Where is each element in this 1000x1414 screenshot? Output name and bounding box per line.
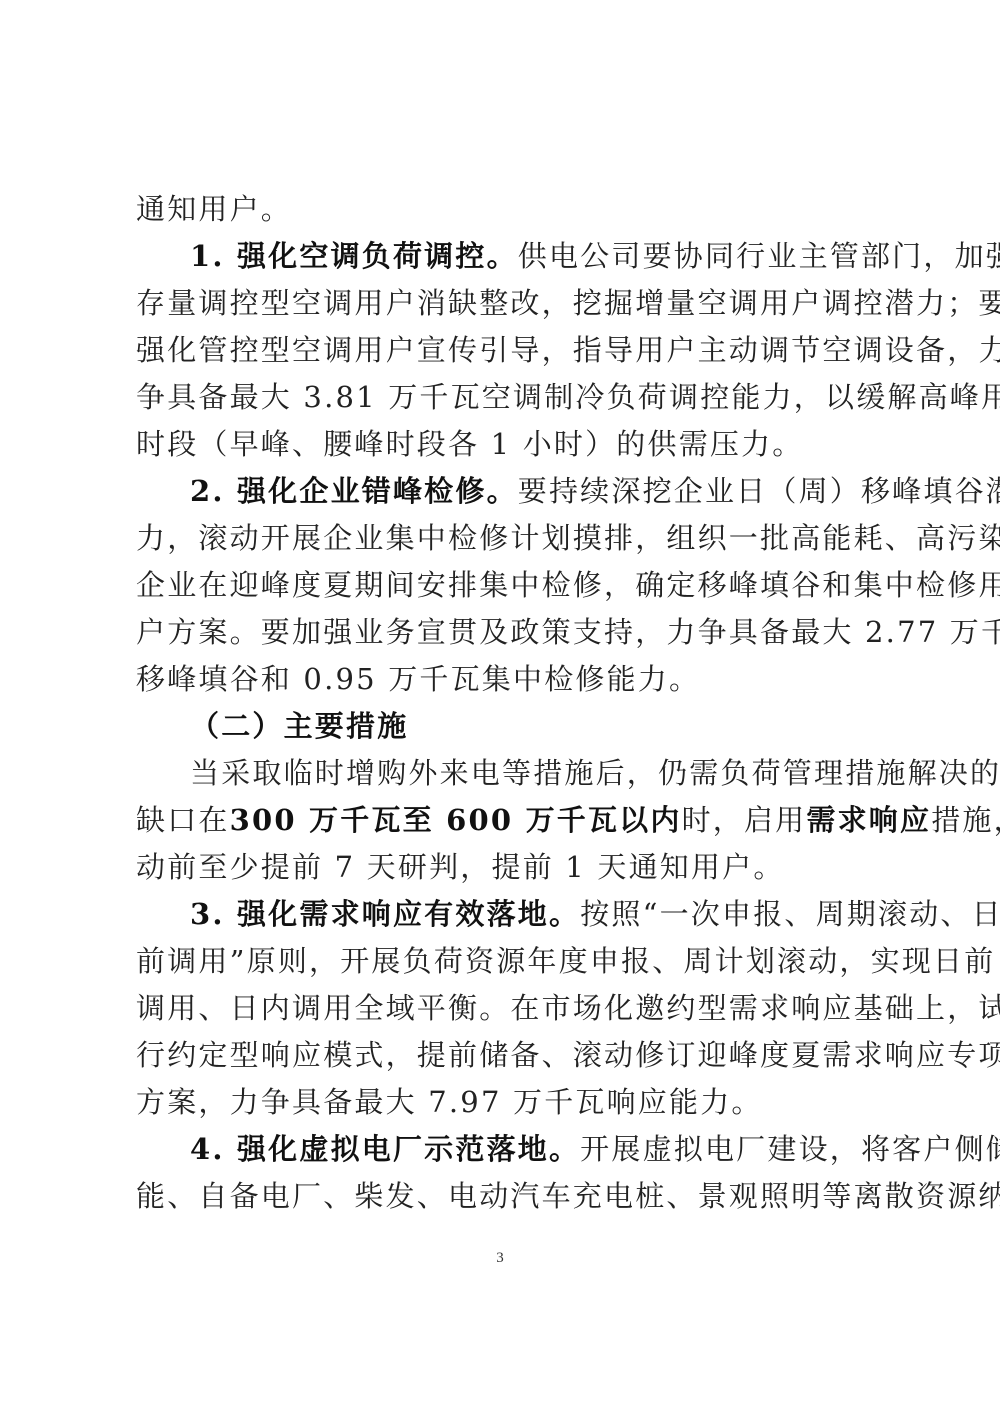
body-text: 移峰填谷和 0.95 万千瓦集中检修能力。 bbox=[136, 662, 700, 696]
text-line: 调用、日内调用全域平衡。在市场化邀约型需求响应基础上，试 bbox=[136, 985, 868, 1032]
body-text: 当采取临时增购外来电等措施后，仍需负荷管理措施解决的 bbox=[190, 756, 1000, 790]
text-line: 争具备最大 3.81 万千瓦空调制冷负荷调控能力，以缓解高峰用电 bbox=[136, 374, 868, 421]
body-text: 争具备最大 3.81 万千瓦空调制冷负荷调控能力，以缓解高峰用电 bbox=[136, 380, 1000, 414]
text-line: 行约定型响应模式，提前储备、滚动修订迎峰度夏需求响应专项 bbox=[136, 1032, 868, 1079]
text-line: 企业在迎峰度夏期间安排集中检修，确定移峰填谷和集中检修用 bbox=[136, 562, 868, 609]
text-line: 动前至少提前 7 天研判，提前 1 天通知用户。 bbox=[136, 844, 868, 891]
text-line: 强化管控型空调用户宣传引导，指导用户主动调节空调设备，力 bbox=[136, 327, 868, 374]
body-text: 措施，启 bbox=[931, 803, 1000, 837]
document-page: 通知用户。1. 强化空调负荷调控。供电公司要协同行业主管部门，加强存量调控型空调… bbox=[0, 0, 1000, 1414]
body-text: 户方案。要加强业务宣贯及政策支持，力争具备最大 2.77 万千瓦 bbox=[136, 615, 1000, 649]
text-line: 通知用户。 bbox=[136, 186, 868, 233]
text-line: 缺口在300 万千瓦至 600 万千瓦以内时，启用需求响应措施，启 bbox=[136, 797, 868, 844]
text-line: 能、自备电厂、柴发、电动汽车充电桩、景观照明等离散资源纳 bbox=[136, 1173, 868, 1220]
body-text: 强化管控型空调用户宣传引导，指导用户主动调节空调设备，力 bbox=[136, 333, 1000, 367]
bold-text: （二）主要措施 bbox=[190, 709, 408, 743]
body-text: 企业在迎峰度夏期间安排集中检修，确定移峰填谷和集中检修用 bbox=[136, 568, 1000, 602]
bold-text: 需求响应 bbox=[806, 803, 931, 837]
text-line: 前调用”原则，开展负荷资源年度申报、周计划滚动，实现日前 bbox=[136, 938, 868, 985]
body-text: 要持续深挖企业日（周）移峰填谷潜 bbox=[518, 474, 1000, 508]
body-text: 缺口在 bbox=[136, 803, 230, 837]
text-line: 方案，力争具备最大 7.97 万千瓦响应能力。 bbox=[136, 1079, 868, 1126]
body-text: 调用、日内调用全域平衡。在市场化邀约型需求响应基础上，试 bbox=[136, 991, 1000, 1025]
text-line: 户方案。要加强业务宣贯及政策支持，力争具备最大 2.77 万千瓦 bbox=[136, 609, 868, 656]
bold-text: 300 万千瓦至 600 万千瓦以内 bbox=[230, 803, 682, 837]
bold-text: 3. 强化需求响应有效落地。 bbox=[190, 897, 580, 931]
text-line: 1. 强化空调负荷调控。供电公司要协同行业主管部门，加强 bbox=[136, 233, 868, 280]
section-heading: （二）主要措施 bbox=[136, 703, 868, 750]
page-number: 3 bbox=[0, 1250, 1000, 1267]
bold-text: 1. 强化空调负荷调控。 bbox=[190, 239, 518, 273]
text-line: 力，滚动开展企业集中检修计划摸排，组织一批高能耗、高污染 bbox=[136, 515, 868, 562]
body-text: 行约定型响应模式，提前储备、滚动修订迎峰度夏需求响应专项 bbox=[136, 1038, 1000, 1072]
body-text: 通知用户。 bbox=[136, 192, 292, 226]
text-line: 4. 强化虚拟电厂示范落地。开展虚拟电厂建设，将客户侧储 bbox=[136, 1126, 868, 1173]
document-body: 通知用户。1. 强化空调负荷调控。供电公司要协同行业主管部门，加强存量调控型空调… bbox=[136, 186, 868, 1220]
bold-text: 2. 强化企业错峰检修。 bbox=[190, 474, 518, 508]
body-text: 存量调控型空调用户消缺整改，挖掘增量空调用户调控潜力；要 bbox=[136, 286, 1000, 320]
body-text: 按照“一次申报、周期滚动、日 bbox=[580, 897, 1000, 931]
body-text: 时段（早峰、腰峰时段各 1 小时）的供需压力。 bbox=[136, 427, 804, 461]
body-text: 力，滚动开展企业集中检修计划摸排，组织一批高能耗、高污染 bbox=[136, 521, 1000, 555]
body-text: 时，启用 bbox=[682, 803, 807, 837]
body-text: 能、自备电厂、柴发、电动汽车充电桩、景观照明等离散资源纳 bbox=[136, 1179, 1000, 1213]
text-line: 存量调控型空调用户消缺整改，挖掘增量空调用户调控潜力；要 bbox=[136, 280, 868, 327]
body-text: 动前至少提前 7 天研判，提前 1 天通知用户。 bbox=[136, 850, 785, 884]
body-text: 方案，力争具备最大 7.97 万千瓦响应能力。 bbox=[136, 1085, 763, 1119]
body-text: 供电公司要协同行业主管部门，加强 bbox=[518, 239, 1000, 273]
text-line: 3. 强化需求响应有效落地。按照“一次申报、周期滚动、日 bbox=[136, 891, 868, 938]
text-line: 当采取临时增购外来电等措施后，仍需负荷管理措施解决的 bbox=[136, 750, 868, 797]
text-line: 时段（早峰、腰峰时段各 1 小时）的供需压力。 bbox=[136, 421, 868, 468]
bold-text: 4. 强化虚拟电厂示范落地。 bbox=[190, 1132, 580, 1166]
text-line: 2. 强化企业错峰检修。要持续深挖企业日（周）移峰填谷潜 bbox=[136, 468, 868, 515]
text-line: 移峰填谷和 0.95 万千瓦集中检修能力。 bbox=[136, 656, 868, 703]
body-text: 开展虚拟电厂建设，将客户侧储 bbox=[580, 1132, 1000, 1166]
body-text: 前调用”原则，开展负荷资源年度申报、周计划滚动，实现日前 bbox=[136, 944, 995, 978]
